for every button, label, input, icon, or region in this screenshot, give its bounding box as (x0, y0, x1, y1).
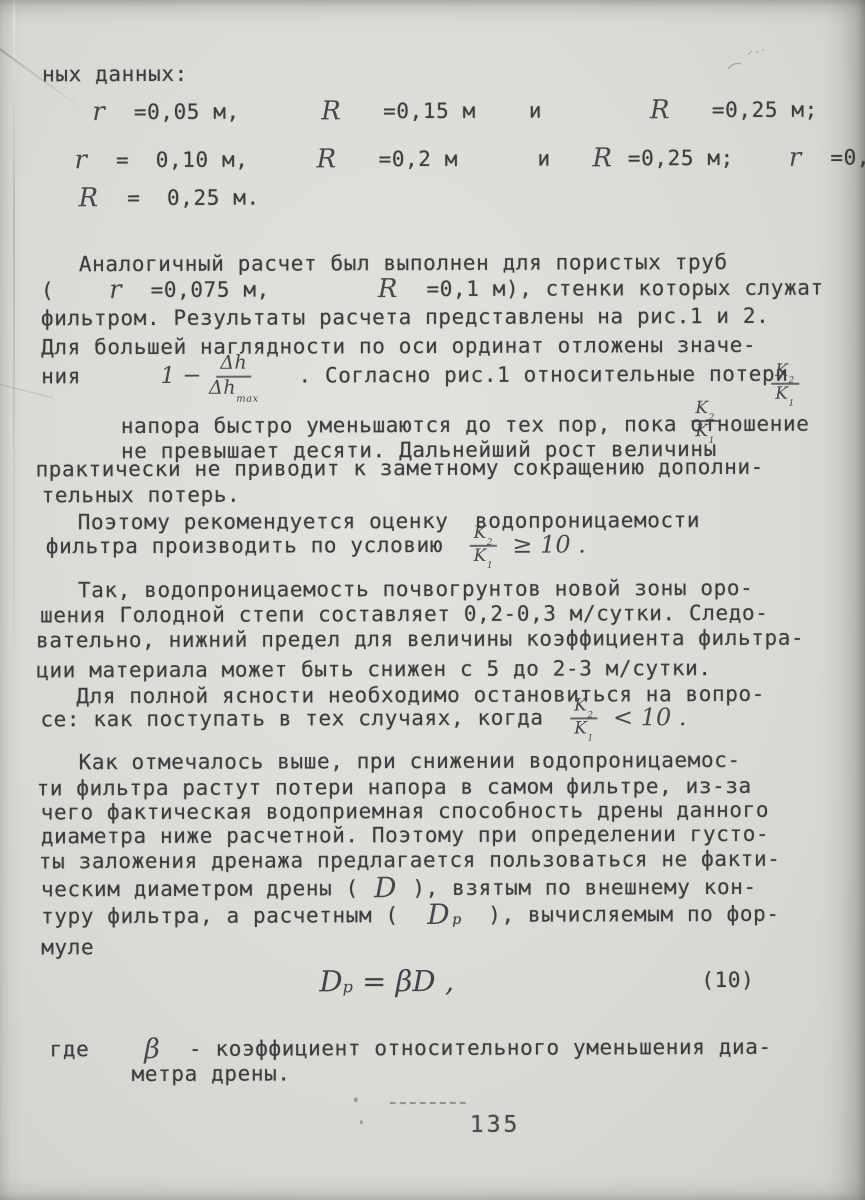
math-symbol-r: r (107, 277, 124, 303)
text-segment: =0,2 м и (339, 145, 591, 172)
math-symbol-R: R (77, 185, 101, 211)
text-line: муле (41, 934, 94, 960)
text-line: Как отмечалось выше, при снижении водопр… (79, 747, 741, 775)
math-symbol-D-calc: D (319, 968, 342, 994)
text-line: тельных потерь. (42, 482, 241, 509)
text-line: ных данных: (42, 61, 188, 88)
text-segment: =0,25 м; (672, 97, 818, 124)
text-line: шения Голодной степи составляет 0,2-0,3 … (40, 600, 768, 629)
text-segment: ), вычисляемым по фор- (462, 901, 780, 928)
text-line: метра дрены. (132, 1060, 291, 1087)
text-segment: где (50, 1036, 143, 1062)
math-symbol-R: R (319, 98, 343, 124)
subscript-1: 1 (487, 561, 493, 571)
text-segment: = 0,25 м. (101, 185, 260, 212)
math-symbol-beta: β (142, 1035, 162, 1062)
page-content: ных данных: r =0,05 м, R =0,15 м и R =0,… (0, 0, 865, 1200)
fraction-numerator: K2 (470, 524, 498, 546)
math-symbol-r: r (90, 99, 107, 125)
text-segment: =0,1 м), стенки которых служат (400, 275, 824, 302)
subscript-1: 1 (789, 399, 795, 409)
page-number: 135 (470, 1112, 521, 1138)
subscript-2: 2 (789, 376, 795, 386)
fraction-numerator: K2 (771, 363, 799, 385)
text-segment: ( (41, 277, 107, 303)
text-segment: Δh (220, 351, 247, 373)
math-symbol-R: R (590, 145, 614, 171)
fraction-k2-k1: K2K1 (771, 363, 799, 404)
text-line: Так, водопроницаемость почвогрунтов ново… (78, 575, 753, 603)
text-segment: се: как поступать в тех случаях, когда (40, 705, 570, 733)
text-line: вательно, нижний предел для величины коэ… (36, 625, 804, 654)
fraction-numerator: K2 (691, 400, 719, 422)
subscript-2: 2 (709, 413, 715, 423)
math-symbol-R: R (648, 97, 672, 123)
text-segment: = 0,10 м, (89, 146, 314, 173)
text-line: ции материала может быть снижен с 5 до 2… (36, 655, 711, 683)
text-segment: K (775, 361, 788, 381)
footer-rule (390, 1102, 466, 1104)
text-segment: =0,15 м и (343, 97, 648, 124)
text-line: фильтром. Результаты расчета представлен… (41, 303, 769, 332)
text-segment: =0,075 м, (124, 276, 376, 303)
subscript-1: 1 (588, 733, 594, 743)
text-segment: K (775, 384, 788, 404)
text-line: фильтра производить по условию K2K1 ≥ 10… (46, 519, 586, 571)
subscript-1: 1 (709, 436, 715, 446)
fraction-denominator: K1 (474, 546, 494, 565)
ink-speck (354, 1097, 358, 1102)
text-segment: =0,15 м, (804, 144, 865, 170)
text-segment: K (695, 398, 708, 418)
fraction-k2-k1: K2K1 (570, 697, 598, 738)
fraction-numerator: Δh (216, 353, 251, 377)
text-segment: K (474, 545, 487, 565)
math-symbol-D-calc: D (425, 901, 452, 929)
ink-speck (360, 1120, 363, 1124)
text-segment: - коэффициент относительного уменьшения … (162, 1034, 771, 1062)
text-line: r = 0,10 м, R =0,2 м и R =0,25 м; r =0,1… (72, 140, 865, 177)
handwritten-one-minus: 1 − (160, 363, 209, 389)
formula-10: Dр = βD , (319, 955, 454, 1007)
text-segment: ния (41, 363, 160, 389)
math-symbol-R: R (315, 146, 339, 172)
subscript-2: 2 (587, 711, 593, 721)
text-line: практически не приводит к заметному сокр… (35, 454, 763, 483)
paper-crease-vertical (13, 0, 15, 750)
text-segment: K (574, 695, 587, 715)
text-segment: K (474, 522, 487, 542)
math-symbol-r: r (787, 145, 804, 171)
math-symbol-beta-D: βD (396, 968, 436, 994)
text-line: се: как поступать в тех случаях, когда K… (40, 691, 686, 745)
equals-sign: = (353, 968, 396, 994)
text-segment: туру фильтра, а расчетным ( (41, 902, 425, 929)
text-line: ( r =0,075 м, R =0,1 м), стенки которых … (41, 271, 824, 308)
handwritten-geq-10: ≥ 10 . (497, 531, 586, 557)
comma: , (436, 968, 455, 994)
text-segment: =0,05 м, (107, 98, 319, 125)
text-segment: фильтра производить по условию (46, 532, 470, 559)
scanned-document-page: ных данных: r =0,05 м, R =0,15 м и R =0,… (0, 0, 865, 1200)
pen-mark (724, 45, 772, 75)
equation-number: (10) (701, 967, 754, 993)
subscript-2: 2 (487, 538, 493, 548)
fraction-denominator: K1 (695, 422, 715, 441)
fraction-numerator: K2 (570, 697, 598, 719)
fraction-k2-k1: K2K1 (691, 400, 719, 441)
math-symbol-R: R (376, 276, 400, 302)
text-line: туру фильтра, а расчетным ( Dр ), вычисл… (41, 894, 780, 937)
text-segment: K (695, 421, 708, 441)
handwritten-lt-10: < 10 . (598, 704, 687, 730)
text-line: r =0,05 м, R =0,15 м и R =0,25 м; (90, 93, 818, 130)
fraction-denominator: K1 (775, 385, 795, 404)
text-line: R = 0,25 м. (77, 181, 260, 216)
fraction-denominator: K1 (574, 719, 594, 738)
text-segment: K (574, 718, 587, 738)
math-symbol-r: r (72, 147, 89, 173)
text-segment: =0,25 м; (615, 145, 787, 172)
fraction-k2-k1: K2K1 (470, 524, 498, 565)
text-line: диаметра ниже расчетной. Поэтому при опр… (41, 821, 769, 850)
